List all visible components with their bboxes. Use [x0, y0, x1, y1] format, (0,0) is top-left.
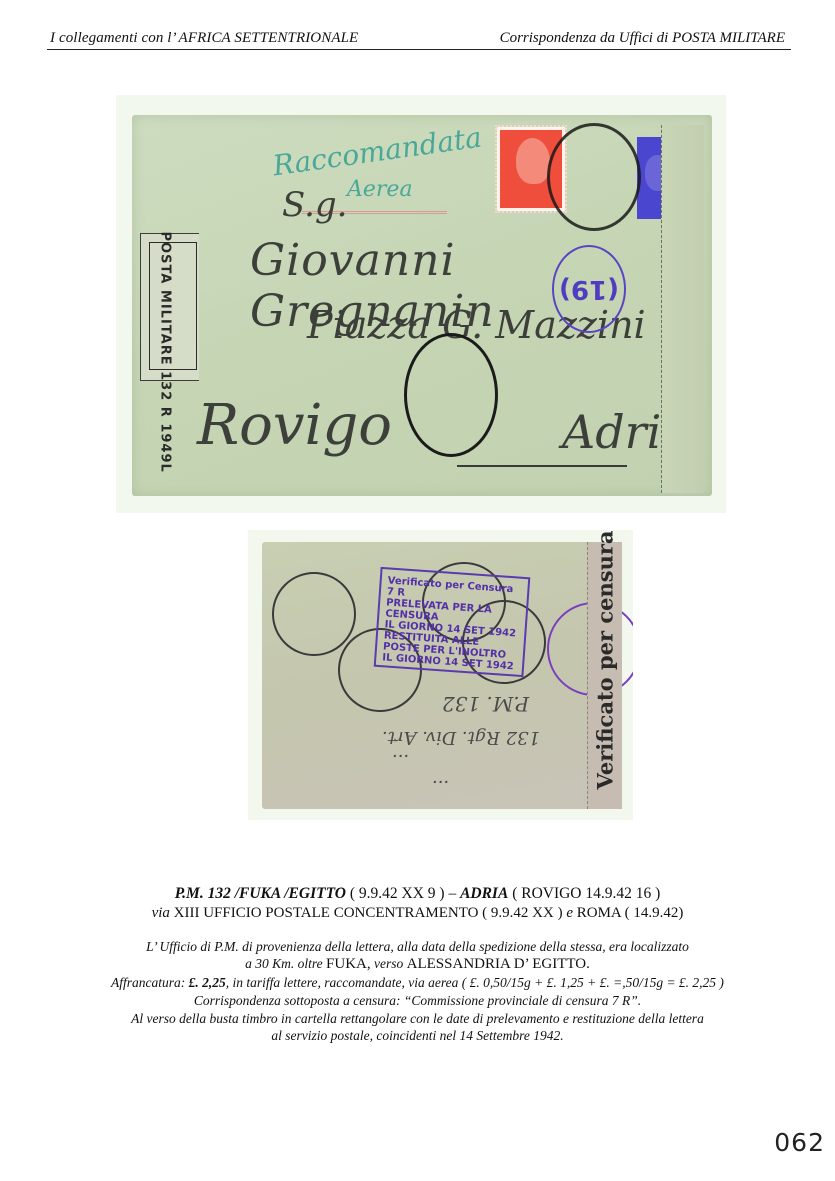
- desc-affrancatura-label: Affrancatura:: [111, 975, 185, 990]
- postmark-posta-militare-center: [404, 333, 498, 457]
- censor-tape-back: Verificato per censura: [587, 542, 622, 809]
- description-line-6: al servizio postale, coincidenti nel 14 …: [0, 1028, 835, 1044]
- description-line-2: a 30 Km. oltre FUKA, verso ALESSANDRIA D…: [0, 956, 835, 972]
- desc-affrancatura-amount: £. 2,25: [189, 975, 226, 990]
- via-office: XIII UFFICIO POSTALE CONCENTRAMENTO ( 9.…: [174, 905, 563, 921]
- envelope-front: POSTA MILITARE 132 R 1949L Raccomandata …: [132, 115, 712, 496]
- handwritten-back: ...: [392, 750, 409, 771]
- postmark-posta-militare-top: [547, 123, 641, 231]
- description-line-3: Affrancatura: £. 2,25, in tariffa letter…: [0, 975, 835, 991]
- desc-verso: verso: [374, 956, 403, 971]
- handwritten-aerea: Aerea: [347, 177, 413, 202]
- caption-via: via XIII UFFICIO POSTALE CONCENTRAMENTO …: [0, 905, 835, 922]
- description-line-4: Corrispondenza sottoposta a censura: “Co…: [0, 993, 835, 1009]
- header-title-right: Corrispondenza da Uffici di POSTA MILITA…: [500, 30, 785, 47]
- registration-box: [149, 242, 197, 370]
- registration-text: POSTA MILITARE 132 R 1949L: [158, 232, 173, 352]
- censor-mark-19: (19): [552, 245, 626, 333]
- cover-back-photo: Verificato per Censura 7 R PRELEVATA PER…: [248, 530, 633, 820]
- desc-distance: a 30 Km. oltre: [245, 956, 323, 971]
- via-and: e: [566, 905, 573, 921]
- underline: [457, 465, 627, 467]
- description-line-1: L’ Ufficio di P.M. di provenienza della …: [0, 939, 835, 955]
- caption-route: P.M. 132 /FUKA /EGITTO ( 9.9.42 XX 9 ) –…: [0, 885, 835, 903]
- route-origin-date: ( 9.9.42 XX 9 ): [350, 885, 445, 902]
- via-roma: ROMA ( 14.9.42): [577, 905, 684, 921]
- route-destination: ADRIA: [460, 885, 508, 902]
- desc-tariff: , in tariffa lettere, raccomandate, via …: [226, 975, 724, 990]
- handwritten-back: 132 Rgt. Div. Art.: [382, 727, 540, 748]
- header-title-left: I collegamenti con l’ AFRICA SETTENTRION…: [50, 30, 358, 47]
- route-separator: –: [445, 885, 461, 902]
- handwritten-back: ...: [432, 776, 449, 797]
- handwritten-province: Rovigo: [197, 393, 392, 458]
- description-line-5: Al verso della busta timbro in cartella …: [0, 1011, 835, 1027]
- censorship-box-stamp: Verificato per Censura 7 R PRELEVATA PER…: [374, 567, 531, 677]
- via-prefix: via: [152, 905, 170, 921]
- handwritten-back: P.M. 132: [442, 692, 529, 716]
- censor-tape-front: [661, 125, 704, 493]
- registration-label: POSTA MILITARE 132 R 1949L: [140, 233, 199, 381]
- censor-tape-text: Verificato per censura: [593, 540, 618, 790]
- cover-front-photo: POSTA MILITARE 132 R 1949L Raccomandata …: [116, 95, 726, 513]
- postmark-rovigo: [272, 572, 356, 656]
- handwritten-salutation: S.g.: [282, 185, 347, 225]
- page-number: 062: [774, 1128, 825, 1157]
- desc-fuka: FUKA,: [326, 956, 371, 972]
- desc-alessandria: ALESSANDRIA D’ EGITTO.: [407, 956, 590, 972]
- route-origin: P.M. 132 /FUKA /EGITTO: [175, 885, 346, 902]
- page-header: I collegamenti con l’ AFRICA SETTENTRION…: [47, 27, 791, 50]
- envelope-back: Verificato per Censura 7 R PRELEVATA PER…: [262, 542, 622, 809]
- route-destination-date: ( ROVIGO 14.9.42 16 ): [512, 885, 660, 902]
- handwritten-raccomandata: Raccomandata: [271, 121, 484, 183]
